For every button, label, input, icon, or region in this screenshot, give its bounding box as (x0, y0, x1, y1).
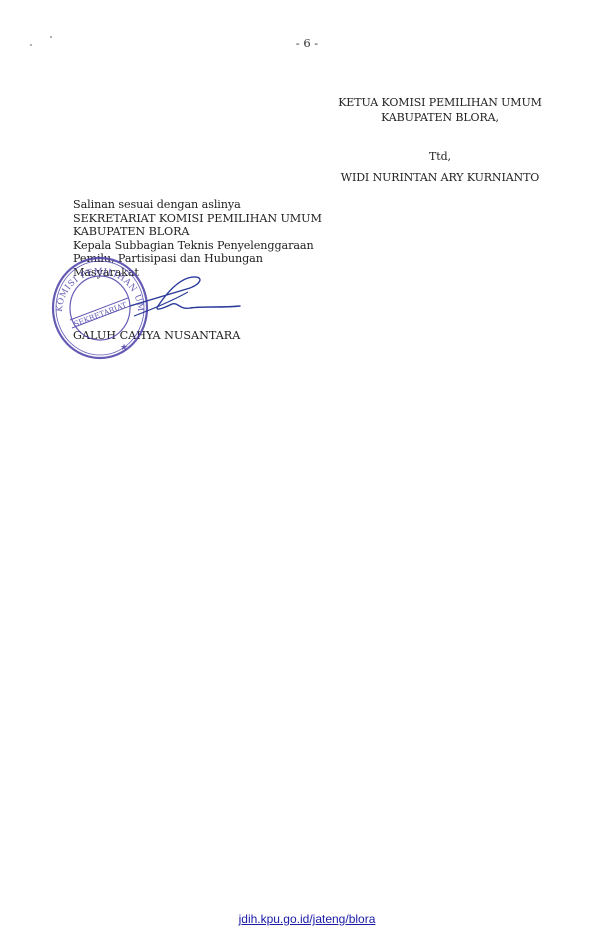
copy-line: KABUPATEN BLORA (73, 225, 322, 239)
signature-icon (130, 272, 250, 328)
signed-mark: Ttd, (320, 149, 560, 164)
svg-text:SEKRETARIAT: SEKRETARIAT (72, 300, 127, 328)
footer-link[interactable]: jdih.kpu.go.id/jateng/blora (0, 912, 614, 926)
signatory-name: WIDI NURINTAN ARY KURNIANTO (320, 170, 560, 185)
signatory-title-line1: KETUA KOMISI PEMILIHAN UMUM (320, 95, 560, 110)
copy-line: Kepala Subbagian Teknis Penyelenggaraan (73, 239, 322, 253)
page-number: - 6 - (0, 36, 614, 50)
copy-line: Salinan sesuai dengan aslinya (73, 198, 322, 212)
signatory-block: KETUA KOMISI PEMILIHAN UMUM KABUPATEN BL… (320, 95, 560, 185)
svg-text:★: ★ (120, 343, 128, 353)
signatory-title-line2: KABUPATEN BLORA, (320, 110, 560, 125)
copy-line: SEKRETARIAT KOMISI PEMILIHAN UMUM (73, 212, 322, 226)
